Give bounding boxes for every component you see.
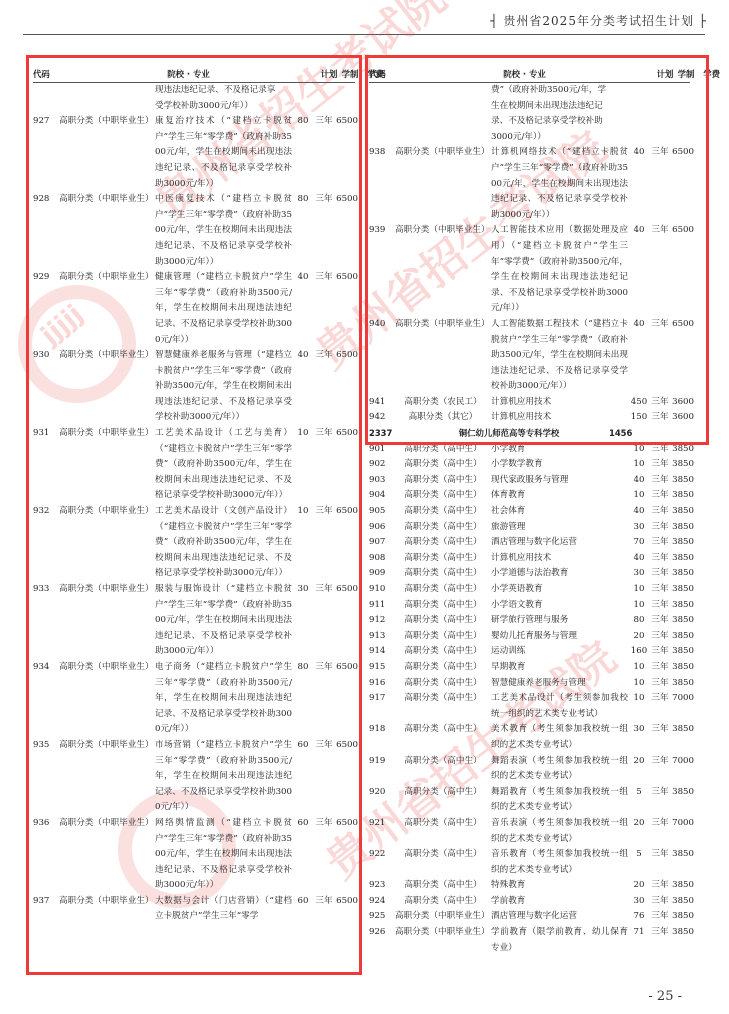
- table-row: 940高职分类（中职毕业生）人工智能数据工程技术（“建档立卡脱贫户”学生三年“零…: [369, 317, 690, 395]
- row-plan: 20: [628, 878, 650, 894]
- row-code: 929: [33, 270, 59, 348]
- row-category: 高职分类（高中生）: [395, 816, 491, 847]
- row-plan: 40: [628, 504, 650, 520]
- row-duration: 三年: [650, 488, 670, 504]
- row-fee: 3600: [670, 395, 694, 411]
- row-category: 高职分类（高中生）: [395, 535, 491, 551]
- row-duration: 三年: [650, 660, 670, 676]
- row-code: 902: [369, 457, 395, 473]
- row-major: 音乐教育（考生须参加我校统一组织的艺术类专业考试）: [491, 847, 628, 878]
- continuation-line: 现违法违纪记录、不及格记录享: [33, 83, 292, 99]
- row-plan: 80: [292, 192, 314, 270]
- row-plan: 450: [628, 395, 650, 411]
- row-major: 计算机应用技术: [491, 551, 628, 567]
- table-row: 908高职分类（高中生）计算机应用技术40三年3850: [369, 551, 690, 567]
- row-fee: 6500: [334, 270, 358, 348]
- table-row: 907高职分类（高中生）酒店管理与数字化运营70三年3850: [369, 535, 690, 551]
- row-duration: 三年: [650, 598, 670, 614]
- right-rows: 938高职分类（中职毕业生）计算机网络技术（“建档立卡脱贫户”学生三年“零学费”…: [369, 145, 690, 426]
- row-fee: 6500: [670, 317, 694, 395]
- row-major: 智慧健康养老服务与管理: [491, 676, 628, 692]
- row-plan: 30: [292, 582, 314, 660]
- row-major: 工艺美术品设计（文创产品设计）（“建档立卡脱贫户”学生三年“零学费”（政府补助3…: [155, 504, 292, 582]
- row-plan: 80: [292, 114, 314, 192]
- row-duration: 三年: [650, 676, 670, 692]
- left-rows: 927高职分类（中职毕业生）康复治疗技术（“建档立卡脱贫户”学生三年“零学费”（…: [33, 114, 355, 925]
- row-duration: 三年: [650, 894, 670, 910]
- table-row: 935高职分类（中职毕业生）市场营销（“建档立卡脱贫户”学生三年“零学费”（政府…: [33, 738, 355, 816]
- row-major: 网络舆情监测（“建档立卡脱贫户”学生三年“零学费”（政府补助3500元/年，学生…: [155, 816, 292, 894]
- row-plan: 40: [292, 348, 314, 426]
- school-row: 2337 铜仁幼儿师范高等专科学校 1456: [369, 426, 690, 442]
- table-row: 936高职分类（中职毕业生）网络舆情监测（“建档立卡脱贫户”学生三年“零学费”（…: [33, 816, 355, 894]
- row-fee: 3850: [670, 676, 694, 692]
- row-duration: 三年: [314, 192, 334, 270]
- table-row: 939高职分类（中职毕业生）人工智能技术应用（数据处理及应用）（“建档立卡脱贫户…: [369, 223, 690, 317]
- row-code: 909: [369, 566, 395, 582]
- school-plan-total: 1456: [609, 426, 649, 442]
- row-category: 高职分类（其它）: [395, 410, 491, 426]
- row-code: 932: [33, 504, 59, 582]
- row-category: 高职分类（高中生）: [395, 473, 491, 489]
- row-major: 特殊教育: [491, 878, 628, 894]
- row-plan: 10: [628, 582, 650, 598]
- row-code: 911: [369, 598, 395, 614]
- header-duration: 学制: [340, 66, 360, 82]
- row-plan: 40: [628, 317, 650, 395]
- row-major: 音乐表演（考生须参加我校统一组织的艺术类专业考试）: [491, 816, 628, 847]
- row-duration: 三年: [650, 722, 670, 753]
- row-duration: 三年: [650, 613, 670, 629]
- row-duration: 三年: [650, 878, 670, 894]
- row-plan: 30: [628, 520, 650, 536]
- row-category: 高职分类（高中生）: [395, 754, 491, 785]
- row-duration: 三年: [314, 348, 334, 426]
- row-fee: 3850: [670, 909, 694, 925]
- row-fee: 6500: [670, 145, 694, 223]
- row-category: 高职分类（高中生）: [395, 847, 491, 878]
- row-category: 高职分类（中职毕业生）: [59, 114, 155, 192]
- row-plan: 70: [628, 535, 650, 551]
- row-fee: 6500: [334, 504, 358, 582]
- row-fee: 3850: [670, 566, 694, 582]
- row-code: 917: [369, 691, 395, 722]
- row-category: 高职分类（中职毕业生）: [59, 816, 155, 894]
- row-plan: 20: [628, 629, 650, 645]
- row-major: 康复治疗技术（“建档立卡脱贫户”学生三年“零学费”（政府补助3500元/年，学生…: [155, 114, 292, 192]
- row-fee: 7000: [670, 691, 694, 722]
- row-fee: 3600: [670, 410, 694, 426]
- row-duration: 三年: [650, 473, 670, 489]
- row-duration: 三年: [314, 504, 334, 582]
- row-duration: 三年: [314, 816, 334, 894]
- row-category: 高职分类（高中生）: [395, 566, 491, 582]
- row-duration: 三年: [314, 426, 334, 504]
- row-duration: 三年: [314, 660, 334, 738]
- row-major: 电子商务（“建档立卡脱贫户”学生三年“零学费”（政府补助3500元/年，学生在校…: [155, 660, 292, 738]
- row-major: 美术教育（考生须参加我校统一组织的艺术类专业考试）: [491, 722, 628, 753]
- table-row: 916高职分类（高中生）智慧健康养老服务与管理10三年3850: [369, 676, 690, 692]
- table-row: 909高职分类（高中生）小学道德与法治教育30三年3850: [369, 566, 690, 582]
- row-duration: 三年: [650, 442, 670, 458]
- row-fee: 3850: [670, 644, 694, 660]
- table-row: 906高职分类（高中生）旅游管理30三年3850: [369, 520, 690, 536]
- row-category: 高职分类（中职毕业生）: [59, 660, 155, 738]
- table-header: 代码 院校 · 专业 计划 学制 学费: [33, 66, 355, 83]
- row-fee: 3850: [670, 535, 694, 551]
- row-fee: 3850: [670, 442, 694, 458]
- row-major: 早期教育: [491, 660, 628, 676]
- row-category: 高职分类（高中生）: [395, 598, 491, 614]
- row-code: 918: [369, 722, 395, 753]
- table-row: 911高职分类（高中生）小学语文教育10三年3850: [369, 598, 690, 614]
- row-duration: 三年: [650, 785, 670, 816]
- row-category: 高职分类（中职毕业生）: [395, 223, 491, 317]
- row-code: 906: [369, 520, 395, 536]
- row-code: 936: [33, 816, 59, 894]
- row-category: 高职分类（高中生）: [395, 442, 491, 458]
- row-code: 908: [369, 551, 395, 567]
- row-fee: 6500: [334, 582, 358, 660]
- row-category: 高职分类（高中生）: [395, 613, 491, 629]
- row-major: 大数据与会计（门店营销）（“建档立卡脱贫户”学生三年“零学: [155, 894, 292, 925]
- table-row: 912高职分类（高中生）研学旅行管理与服务80三年3850: [369, 613, 690, 629]
- row-fee: 6500: [334, 894, 358, 925]
- row-major: 小学教育: [491, 442, 628, 458]
- header-plan: 计划: [318, 66, 340, 82]
- row-major: 学前教育（限学前教育、幼儿保育专业）: [491, 925, 628, 956]
- row-major: 工艺美术品设计（考生须参加我校统一组织的艺术类专业考试）: [491, 691, 628, 722]
- header-school-major: 院校 · 专业: [59, 66, 318, 82]
- row-code: 904: [369, 488, 395, 504]
- row-fee: 6500: [334, 426, 358, 504]
- row-plan: 40: [628, 223, 650, 317]
- row-duration: 三年: [650, 317, 670, 395]
- row-category: 高职分类（中职毕业生）: [59, 426, 155, 504]
- row-code: 928: [33, 192, 59, 270]
- row-code: 916: [369, 676, 395, 692]
- row-major: 计算机应用技术: [491, 410, 628, 426]
- school-name: 铜仁幼儿师范高等专科学校: [409, 426, 609, 442]
- row-fee: 3850: [670, 613, 694, 629]
- table-header: 代码 院校 · 专业 计划 学制 学费: [369, 66, 690, 83]
- row-duration: 三年: [650, 520, 670, 536]
- row-major: 婴幼儿托育服务与管理: [491, 629, 628, 645]
- row-duration: 三年: [314, 114, 334, 192]
- row-fee: 3850: [670, 520, 694, 536]
- row-fee: 6500: [334, 192, 358, 270]
- row-fee: 6500: [334, 738, 358, 816]
- table-row: 941高职分类（农民工）计算机应用技术450三年3600: [369, 395, 690, 411]
- row-category: 高职分类（高中生）: [395, 644, 491, 660]
- row-duration: 三年: [650, 145, 670, 223]
- row-category: 高职分类（高中生）: [395, 878, 491, 894]
- column-divider: [361, 86, 362, 964]
- row-code: 913: [369, 629, 395, 645]
- row-major: 小学英语教育: [491, 582, 628, 598]
- row-code: 907: [369, 535, 395, 551]
- table-row: 901高职分类（高中生）小学教育10三年3850: [369, 442, 690, 458]
- table-row: 928高职分类（中职毕业生）中医康复技术（“建档立卡脱贫户”学生三年“零学费”（…: [33, 192, 355, 270]
- row-code: 927: [33, 114, 59, 192]
- table-row: 905高职分类（高中生）社会体育40三年3850: [369, 504, 690, 520]
- row-fee: 3850: [670, 629, 694, 645]
- table-row: 903高职分类（高中生）现代家政服务与管理40三年3850: [369, 473, 690, 489]
- row-fee: 6500: [334, 348, 358, 426]
- row-major: 社会体育: [491, 504, 628, 520]
- row-plan: 5: [628, 785, 650, 816]
- row-fee: 3850: [670, 473, 694, 489]
- table-row: 921高职分类（高中生）音乐表演（考生须参加我校统一组织的艺术类专业考试）20三…: [369, 816, 690, 847]
- row-code: 937: [33, 894, 59, 925]
- row-duration: 三年: [650, 925, 670, 956]
- row-plan: 30: [628, 566, 650, 582]
- row-major: 酒店管理与数字化运营: [491, 535, 628, 551]
- table-row: 918高职分类（高中生）美术教育（考生须参加我校统一组织的艺术类专业考试）30三…: [369, 722, 690, 753]
- row-code: 914: [369, 644, 395, 660]
- row-code: 919: [369, 754, 395, 785]
- row-code: 939: [369, 223, 395, 317]
- row-plan: 80: [628, 613, 650, 629]
- row-major: 人工智能技术应用（数据处理及应用）（“建档立卡脱贫户”学生三年“零学费”（政府补…: [491, 223, 628, 317]
- row-category: 高职分类（中职毕业生）: [395, 925, 491, 956]
- row-code: 923: [369, 878, 395, 894]
- row-plan: 10: [628, 660, 650, 676]
- row-category: 高职分类（高中生）: [395, 582, 491, 598]
- row-category: 高职分类（高中生）: [395, 504, 491, 520]
- header-school-major: 院校 · 专业: [395, 66, 654, 82]
- row-plan: 10: [628, 691, 650, 722]
- row-plan: 160: [628, 644, 650, 660]
- continuation-line: 录、不及格记录享受学校补助: [369, 114, 628, 130]
- continuation-line: 费”（政府补助3500元/年，学: [369, 83, 628, 99]
- row-plan: 40: [628, 551, 650, 567]
- table-row: 910高职分类（高中生）小学英语教育10三年3850: [369, 582, 690, 598]
- row-category: 高职分类（高中生）: [395, 488, 491, 504]
- row-fee: 6500: [670, 223, 694, 317]
- row-fee: 3850: [670, 847, 694, 878]
- continuation-line: 受学校补助3000元/年））: [33, 99, 292, 115]
- row-code: 940: [369, 317, 395, 395]
- row-fee: 3850: [670, 582, 694, 598]
- row-code: 915: [369, 660, 395, 676]
- row-major: 舞蹈教育（考生须参加我校统一组织的艺术类专业考试）: [491, 785, 628, 816]
- row-plan: 10: [628, 442, 650, 458]
- row-plan: 20: [628, 754, 650, 785]
- row-category: 高职分类（高中生）: [395, 785, 491, 816]
- row-fee: 6500: [334, 660, 358, 738]
- row-category: 高职分类（中职毕业生）: [59, 738, 155, 816]
- row-code: 942: [369, 410, 395, 426]
- table-row: 933高职分类（中职毕业生）服装与服饰设计（“建档立卡脱贫户”学生三年“零学费”…: [33, 582, 355, 660]
- row-major: 计算机应用技术: [491, 395, 628, 411]
- row-category: 高职分类（中职毕业生）: [59, 582, 155, 660]
- row-category: 高职分类（高中生）: [395, 629, 491, 645]
- row-fee: 3850: [670, 457, 694, 473]
- row-code: 905: [369, 504, 395, 520]
- table-row: 929高职分类（中职毕业生）健康管理（“建档立卡脱贫户”学生三年“零学费”（政府…: [33, 270, 355, 348]
- row-major: 旅游管理: [491, 520, 628, 536]
- row-duration: 三年: [650, 847, 670, 878]
- row-fee: 3850: [670, 551, 694, 567]
- table-row: 942高职分类（其它）计算机应用技术150三年3600: [369, 410, 690, 426]
- row-category: 高职分类（中职毕业生）: [395, 145, 491, 223]
- table-row: 926高职分类（中职毕业生）学前教育（限学前教育、幼儿保育专业）71三年3850: [369, 925, 690, 956]
- row-duration: 三年: [650, 535, 670, 551]
- page-number: - 25 -: [648, 989, 682, 1004]
- row-category: 高职分类（高中生）: [395, 722, 491, 753]
- row-code: 933: [33, 582, 59, 660]
- school-rows: 901高职分类（高中生）小学教育10三年3850902高职分类（高中生）小学数学…: [369, 442, 690, 957]
- row-major: 运动训练: [491, 644, 628, 660]
- row-major: 计算机网络技术（“建档立卡脱贫户”学生三年“零学费”（政府补助3500元/年，学…: [491, 145, 628, 223]
- row-plan: 71: [628, 925, 650, 956]
- row-code: 925: [369, 909, 395, 925]
- row-category: 高职分类（中职毕业生）: [59, 348, 155, 426]
- row-duration: 三年: [650, 754, 670, 785]
- table-row: 920高职分类（高中生）舞蹈教育（考生须参加我校统一组织的艺术类专业考试）5三年…: [369, 785, 690, 816]
- row-duration: 三年: [650, 909, 670, 925]
- table-row: 915高职分类（高中生）早期教育10三年3850: [369, 660, 690, 676]
- row-duration: 三年: [650, 816, 670, 847]
- row-major: 人工智能数据工程技术（“建档立卡脱贫户”学生三年“零学费”（政府补助3500元/…: [491, 317, 628, 395]
- header-plan: 计划: [654, 66, 676, 82]
- header-code: 代码: [33, 66, 59, 82]
- row-code: 931: [33, 426, 59, 504]
- row-duration: 三年: [650, 223, 670, 317]
- row-duration: 三年: [314, 894, 334, 925]
- right-table: 代码 院校 · 专业 计划 学制 学费 费”（政府补助3500元/年，学 生在校…: [369, 66, 690, 956]
- row-duration: 三年: [650, 582, 670, 598]
- continuation-line: 生在校期间未出现违法违纪记: [369, 99, 628, 115]
- row-category: 高职分类（中职毕业生）: [59, 504, 155, 582]
- row-code: 903: [369, 473, 395, 489]
- row-code: 910: [369, 582, 395, 598]
- row-major: 市场营销（“建档立卡脱贫户”学生三年“零学费”（政府补助3500元/年，学生在校…: [155, 738, 292, 816]
- row-fee: 3850: [670, 878, 694, 894]
- table-row: 923高职分类（高中生）特殊教育20三年3850: [369, 878, 690, 894]
- row-category: 高职分类（高中生）: [395, 551, 491, 567]
- table-row: 937高职分类（中职毕业生）大数据与会计（门店营销）（“建档立卡脱贫户”学生三年…: [33, 894, 355, 925]
- school-code: 2337: [369, 426, 409, 442]
- row-duration: 三年: [650, 566, 670, 582]
- row-fee: 3850: [670, 488, 694, 504]
- row-duration: 三年: [650, 395, 670, 411]
- row-category: 高职分类（高中生）: [395, 520, 491, 536]
- row-code: 926: [369, 925, 395, 956]
- row-fee: 7000: [670, 754, 694, 785]
- row-code: 938: [369, 145, 395, 223]
- table-row: 938高职分类（中职毕业生）计算机网络技术（“建档立卡脱贫户”学生三年“零学费”…: [369, 145, 690, 223]
- header-rule: [23, 34, 705, 35]
- row-major: 服装与服饰设计（“建档立卡脱贫户”学生三年“零学费”（政府补助3500元/年，学…: [155, 582, 292, 660]
- row-plan: 20: [628, 816, 650, 847]
- table-row: 924高职分类（高中生）学前教育30三年3850: [369, 894, 690, 910]
- row-category: 高职分类（高中生）: [395, 894, 491, 910]
- row-plan: 10: [292, 426, 314, 504]
- row-category: 高职分类（高中生）: [395, 660, 491, 676]
- row-duration: 三年: [314, 738, 334, 816]
- table-row: 930高职分类（中职毕业生）智慧健康养老服务与管理（“建档立卡脱贫户”学生三年“…: [33, 348, 355, 426]
- row-code: 901: [369, 442, 395, 458]
- row-code: 912: [369, 613, 395, 629]
- row-plan: 80: [292, 660, 314, 738]
- row-fee: 6500: [334, 114, 358, 192]
- row-duration: 三年: [314, 582, 334, 660]
- row-plan: 10: [628, 488, 650, 504]
- row-fee: 7000: [670, 816, 694, 847]
- header-fee: 学费: [696, 66, 720, 82]
- header-code: 代码: [369, 66, 395, 82]
- row-fee: 3850: [670, 504, 694, 520]
- row-fee: 3850: [670, 785, 694, 816]
- row-fee: 6500: [334, 816, 358, 894]
- row-plan: 40: [628, 145, 650, 223]
- row-code: 922: [369, 847, 395, 878]
- row-category: 高职分类（中职毕业生）: [59, 270, 155, 348]
- row-duration: 三年: [314, 270, 334, 348]
- row-plan: 10: [628, 457, 650, 473]
- row-category: 高职分类（中职毕业生）: [395, 909, 491, 925]
- row-duration: 三年: [650, 691, 670, 722]
- row-duration: 三年: [650, 644, 670, 660]
- row-code: 920: [369, 785, 395, 816]
- row-plan: 40: [628, 473, 650, 489]
- row-code: 934: [33, 660, 59, 738]
- row-duration: 三年: [650, 410, 670, 426]
- left-table: 代码 院校 · 专业 计划 学制 学费 现违法违纪记录、不及格记录享 受学校补助…: [33, 66, 355, 925]
- header-duration: 学制: [676, 66, 696, 82]
- table-row: 927高职分类（中职毕业生）康复治疗技术（“建档立卡脱贫户”学生三年“零学费”（…: [33, 114, 355, 192]
- row-category: 高职分类（高中生）: [395, 457, 491, 473]
- row-plan: 60: [292, 894, 314, 925]
- row-duration: 三年: [650, 629, 670, 645]
- row-code: 924: [369, 894, 395, 910]
- table-row: 913高职分类（高中生）婴幼儿托育服务与管理20三年3850: [369, 629, 690, 645]
- row-major: 小学语文教育: [491, 598, 628, 614]
- table-row: 902高职分类（高中生）小学数学教育10三年3850: [369, 457, 690, 473]
- row-plan: 40: [292, 270, 314, 348]
- page-header-title: ┤ 贵州省2025年分类考试招生计划 ├: [490, 12, 707, 29]
- row-code: 921: [369, 816, 395, 847]
- table-row: 925高职分类（中职毕业生）酒店管理与数字化运营76三年3850: [369, 909, 690, 925]
- row-plan: 150: [628, 410, 650, 426]
- row-major: 小学数学教育: [491, 457, 628, 473]
- row-plan: 10: [628, 598, 650, 614]
- row-fee: 3850: [670, 925, 694, 956]
- row-major: 工艺美术品设计（工艺与美育）（“建档立卡脱贫户”学生三年“零学费”（政府补助35…: [155, 426, 292, 504]
- row-category: 高职分类（高中生）: [395, 691, 491, 722]
- row-major: 健康管理（“建档立卡脱贫户”学生三年“零学费”（政府补助3500元/年，学生在校…: [155, 270, 292, 348]
- row-major: 体育教育: [491, 488, 628, 504]
- row-plan: 30: [628, 894, 650, 910]
- row-plan: 60: [292, 816, 314, 894]
- row-plan: 10: [628, 676, 650, 692]
- row-fee: 3850: [670, 598, 694, 614]
- row-plan: 60: [292, 738, 314, 816]
- continuation-line: 3000元/年））: [369, 130, 628, 146]
- row-major: 现代家政服务与管理: [491, 473, 628, 489]
- row-code: 930: [33, 348, 59, 426]
- row-major: 研学旅行管理与服务: [491, 613, 628, 629]
- row-duration: 三年: [650, 551, 670, 567]
- row-code: 935: [33, 738, 59, 816]
- row-code: 941: [369, 395, 395, 411]
- row-fee: 3850: [670, 660, 694, 676]
- table-row: 914高职分类（高中生）运动训练160三年3850: [369, 644, 690, 660]
- row-major: 舞蹈表演（考生须参加我校统一组织的艺术类专业考试）: [491, 754, 628, 785]
- row-major: 学前教育: [491, 894, 628, 910]
